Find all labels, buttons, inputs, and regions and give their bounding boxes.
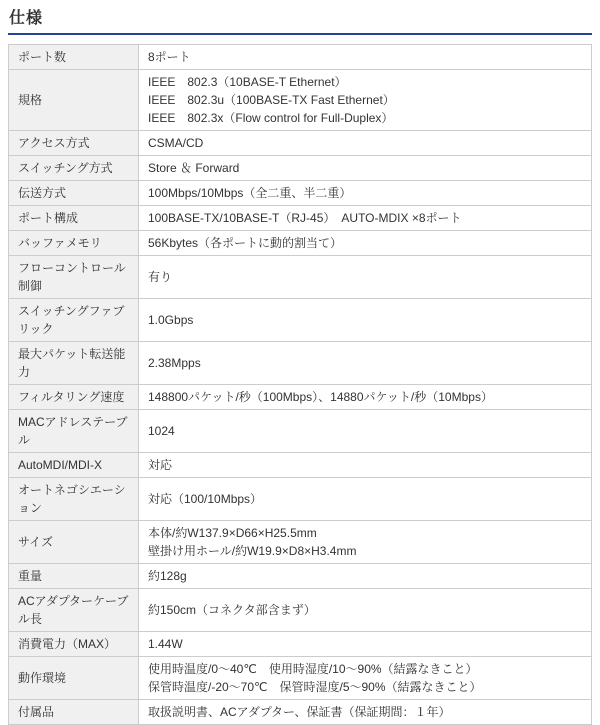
table-row: 消費電力（MAX）1.44W [9,632,592,657]
spec-value: Store ＆ Forward [139,156,592,181]
table-row: 付属品取扱説明書、ACアダプター、保証書（保証期間：１年） [9,700,592,725]
table-row: ACアダプターケーブル長約150cm（コネクタ部含まず） [9,589,592,632]
spec-label: 最大パケット転送能力 [9,342,139,385]
table-row: オートネゴシエーション対応（100/10Mbps） [9,478,592,521]
spec-label: ACアダプターケーブル長 [9,589,139,632]
table-row: 伝送方式100Mbps/10Mbps（全二重、半二重） [9,181,592,206]
table-row: AutoMDI/MDI-X対応 [9,453,592,478]
spec-value: 約128g [139,564,592,589]
spec-value: 1.44W [139,632,592,657]
spec-value: 1.0Gbps [139,299,592,342]
spec-label: スイッチング方式 [9,156,139,181]
table-row: ポート数8ポート [9,45,592,70]
table-row: バッファメモリ56Kbytes（各ポートに動的割当て） [9,231,592,256]
table-row: MACアドレステーブル1024 [9,410,592,453]
table-row: サイズ本体/約W137.9×D66×H25.5mm 壁掛け用ホール/約W19.9… [9,521,592,564]
table-row: 動作環境使用時温度/0～40℃ 使用時湿度/10～90%（結露なきこと） 保管時… [9,657,592,700]
spec-label: 伝送方式 [9,181,139,206]
spec-label: MACアドレステーブル [9,410,139,453]
spec-table-body: ポート数8ポート規格IEEE 802.3（10BASE-T Ethernet） … [9,45,592,725]
spec-label: AutoMDI/MDI-X [9,453,139,478]
spec-value: 対応（100/10Mbps） [139,478,592,521]
page-title: 仕様 [8,4,592,35]
table-row: 最大パケット転送能力2.38Mpps [9,342,592,385]
spec-label: バッファメモリ [9,231,139,256]
spec-page: 仕様 ポート数8ポート規格IEEE 802.3（10BASE-T Etherne… [8,0,592,725]
table-row: 規格IEEE 802.3（10BASE-T Ethernet） IEEE 802… [9,70,592,131]
spec-value: 148800パケット/秒（100Mbps）、14880パケット/秒（10Mbps… [139,385,592,410]
spec-value: 取扱説明書、ACアダプター、保証書（保証期間：１年） [139,700,592,725]
table-row: スイッチング方式Store ＆ Forward [9,156,592,181]
spec-value: 有り [139,256,592,299]
spec-value: 8ポート [139,45,592,70]
spec-label: アクセス方式 [9,131,139,156]
spec-label: オートネゴシエーション [9,478,139,521]
spec-table: ポート数8ポート規格IEEE 802.3（10BASE-T Ethernet） … [8,44,592,725]
spec-label: サイズ [9,521,139,564]
table-row: ポート構成100BASE-TX/10BASE-T（RJ-45） AUTO-MDI… [9,206,592,231]
spec-value: 100BASE-TX/10BASE-T（RJ-45） AUTO-MDIX ×8ポ… [139,206,592,231]
spec-label: 動作環境 [9,657,139,700]
spec-label: 重量 [9,564,139,589]
spec-value: 本体/約W137.9×D66×H25.5mm 壁掛け用ホール/約W19.9×D8… [139,521,592,564]
spec-value: IEEE 802.3（10BASE-T Ethernet） IEEE 802.3… [139,70,592,131]
spec-label: ポート構成 [9,206,139,231]
table-row: フローコントロール制御有り [9,256,592,299]
spec-value: 1024 [139,410,592,453]
spec-label: フィルタリング速度 [9,385,139,410]
spec-value: 対応 [139,453,592,478]
spec-label: フローコントロール制御 [9,256,139,299]
spec-value: CSMA/CD [139,131,592,156]
spec-label: ポート数 [9,45,139,70]
spec-value: 2.38Mpps [139,342,592,385]
spec-label: 消費電力（MAX） [9,632,139,657]
spec-value: 56Kbytes（各ポートに動的割当て） [139,231,592,256]
spec-value: 100Mbps/10Mbps（全二重、半二重） [139,181,592,206]
spec-label: 規格 [9,70,139,131]
spec-label: スイッチングファブリック [9,299,139,342]
table-row: 重量約128g [9,564,592,589]
table-row: スイッチングファブリック1.0Gbps [9,299,592,342]
spec-value: 使用時温度/0～40℃ 使用時湿度/10～90%（結露なきこと） 保管時温度/-… [139,657,592,700]
table-row: アクセス方式CSMA/CD [9,131,592,156]
spec-value: 約150cm（コネクタ部含まず） [139,589,592,632]
table-row: フィルタリング速度148800パケット/秒（100Mbps）、14880パケット… [9,385,592,410]
spec-label: 付属品 [9,700,139,725]
